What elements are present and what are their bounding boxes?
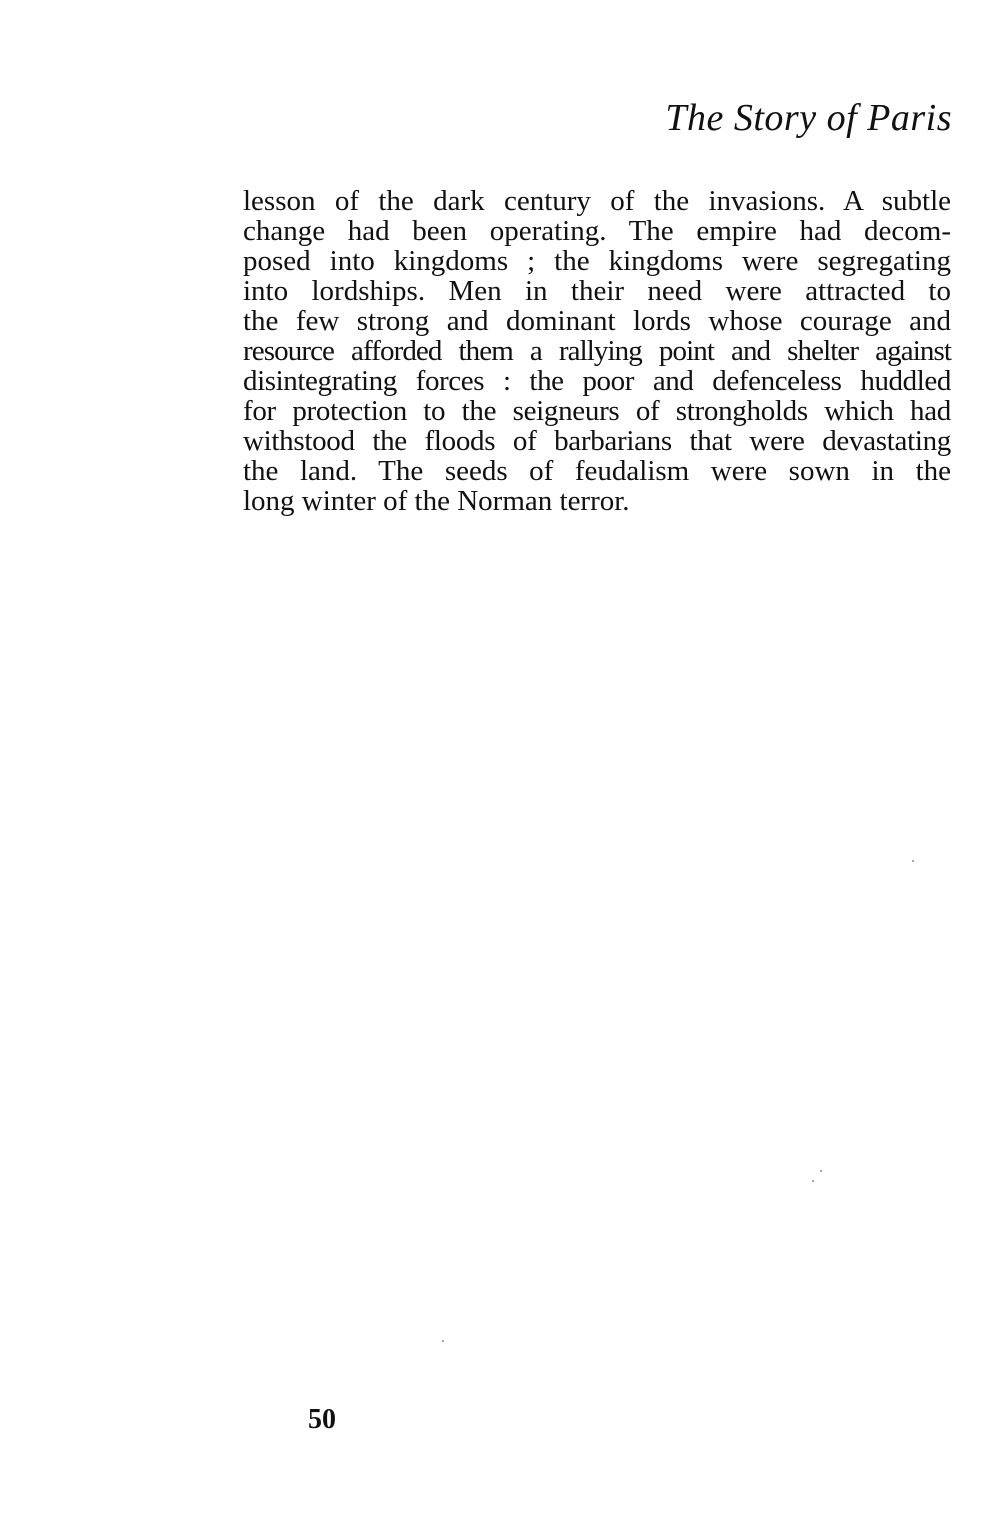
text-line: withstood the floods of barbarians that … bbox=[243, 426, 951, 456]
text-line: long winter of the Norman terror. bbox=[243, 486, 951, 516]
scan-speck bbox=[442, 1340, 444, 1342]
scan-speck bbox=[820, 1170, 822, 1172]
body-paragraph: lesson of the dark century of the invasi… bbox=[243, 186, 951, 516]
scan-speck bbox=[812, 1180, 814, 1182]
text-line: change had been operating. The empire ha… bbox=[243, 216, 951, 246]
text-line: the few strong and dominant lords whose … bbox=[243, 306, 951, 336]
text-line: into lordships. Men in their need were a… bbox=[243, 276, 951, 306]
text-line: posed into kingdoms ; the kingdoms were … bbox=[243, 246, 951, 276]
text-line: disintegrating forces : the poor and def… bbox=[243, 366, 951, 396]
running-head: The Story of Paris bbox=[665, 96, 952, 140]
text-line: for protection to the seigneurs of stron… bbox=[243, 396, 951, 426]
page-number: 50 bbox=[308, 1404, 336, 1436]
scan-speck bbox=[912, 860, 914, 862]
text-line: the land. The seeds of feudalism were so… bbox=[243, 456, 951, 486]
text-line: resource afforded them a rallying point … bbox=[243, 336, 951, 366]
text-line: lesson of the dark century of the invasi… bbox=[243, 186, 951, 216]
